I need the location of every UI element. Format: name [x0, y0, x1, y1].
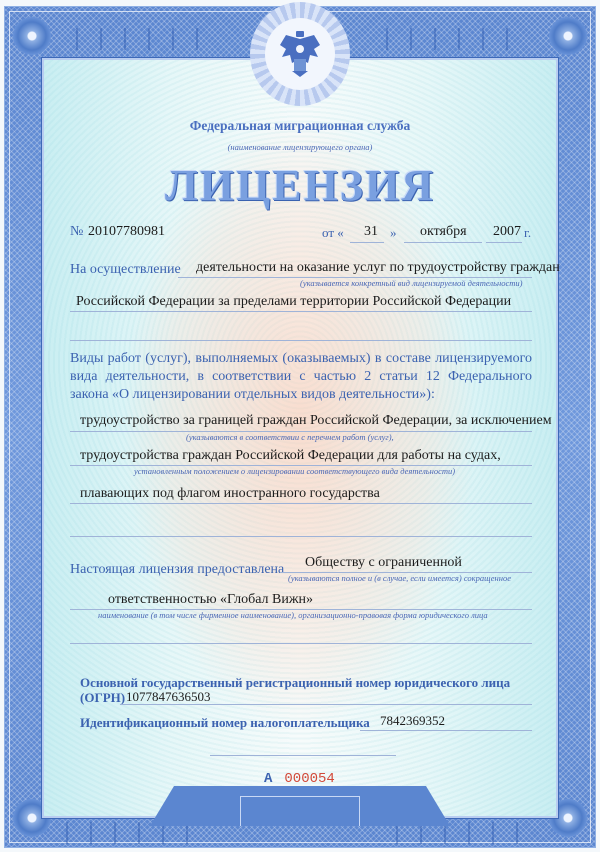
border-scallop-ornament [380, 28, 530, 50]
works-hint-1: (указываются в соответствии с перечнем р… [186, 432, 394, 442]
activity-hint: (указывается конкретный вид лицензируемо… [300, 278, 522, 288]
activity-label: На осуществление [70, 262, 181, 278]
emblem-rosette [250, 2, 350, 106]
blank-serial: А 000054 [264, 769, 335, 787]
licensee-line2: ответственностью «Глобал Вижн» [108, 592, 313, 608]
works-value-line3: плавающих под флагом иностранного госуда… [80, 486, 380, 502]
license-number: 20107780981 [88, 224, 165, 240]
underline [70, 503, 532, 504]
date-month: октября [420, 224, 467, 240]
licensing-authority: Федеральная миграционная служба [0, 118, 600, 134]
underline [360, 730, 532, 731]
border-scallop-ornament [70, 28, 220, 50]
inn-label: Идентификационный номер налогоплательщик… [80, 715, 370, 731]
granted-hint-1: (указываются полное и (в случае, если им… [288, 573, 511, 583]
serial-number: 000054 [284, 771, 334, 787]
underline [486, 242, 522, 243]
date-prefix: от « [322, 225, 344, 241]
granted-hint-2: наименование (в том числе фирменное наим… [98, 610, 488, 620]
date-year: 2007 [493, 224, 521, 240]
corner-ornament-icon [549, 17, 587, 55]
date-separator: » [390, 225, 397, 241]
granted-label: Настоящая лицензия предоставлена [70, 562, 284, 578]
number-label: № [70, 224, 83, 240]
activity-value-line1: деятельности на оказание услуг по трудоу… [196, 260, 560, 276]
underline [210, 755, 396, 756]
works-intro: Виды работ (услуг), выполняемых (оказыва… [70, 350, 532, 404]
bottom-border-tab [150, 786, 450, 826]
underline [70, 311, 532, 312]
document-title: ЛИЦЕНЗИЯ [0, 160, 600, 211]
works-value-line1: трудоустройство за границей граждан Росс… [80, 413, 552, 429]
corner-ornament-icon [13, 17, 51, 55]
underline [404, 242, 482, 243]
licensee-line1: Обществу с ограниченной [305, 555, 462, 571]
date-day: 31 [364, 224, 378, 240]
year-suffix: г. [524, 225, 531, 241]
serial-series: А [264, 771, 272, 787]
works-value-line2: трудоустройства граждан Российской Федер… [80, 448, 501, 464]
ogrn-label-abbr: (ОГРН) [80, 690, 125, 706]
underline [120, 704, 532, 705]
inn-value: 7842369352 [380, 713, 445, 729]
authority-hint: (наименование лицензирующего органа) [0, 142, 600, 152]
activity-value-line2: Российской Федерации за пределами террит… [76, 294, 511, 310]
ogrn-value: 1077847636503 [126, 689, 211, 705]
works-hint-2: установленным положением о лицензировани… [134, 466, 455, 476]
russian-coat-of-arms-icon [278, 29, 322, 79]
underline [70, 536, 532, 537]
underline [350, 242, 384, 243]
underline [70, 643, 532, 644]
underline [70, 340, 532, 341]
